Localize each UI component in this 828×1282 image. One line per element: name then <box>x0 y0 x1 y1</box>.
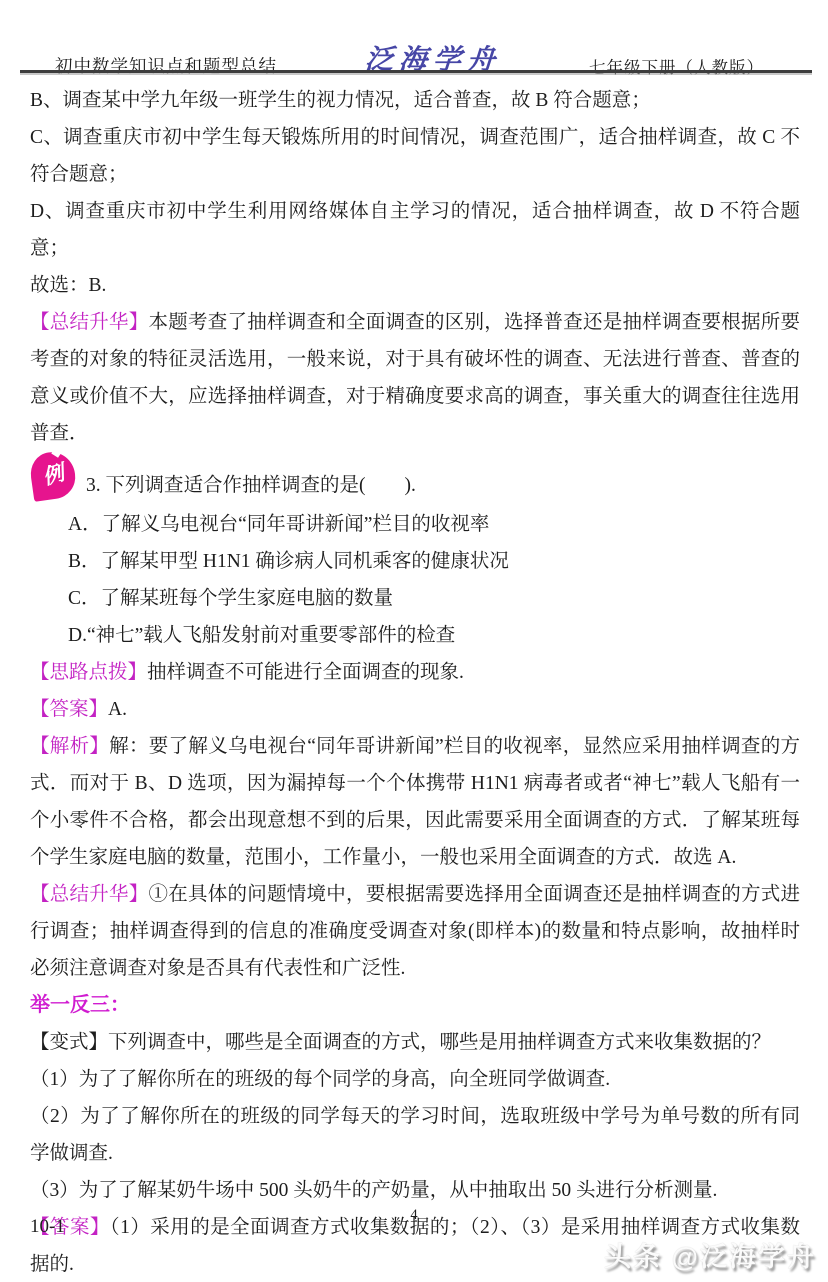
summary-label: 【总结升华】 <box>30 312 149 333</box>
watermark: 头条 @泛海学舟 <box>604 1235 816 1274</box>
example-question-row: 例 3. 下列调查适合作抽样调查的是( ). <box>30 467 800 504</box>
answer-text: A. <box>108 699 127 720</box>
header-left-title: 初中数学知识点和题型总结 <box>55 53 277 78</box>
header-divider <box>20 70 812 73</box>
analysis-text: 解：要了解义乌电视台“同年哥讲新闻”栏目的收视率，显然应采用抽样调查的方式．而对… <box>30 736 800 868</box>
option-c: C．了解某班每个学生家庭电脑的数量 <box>30 580 800 617</box>
option-list: A．了解义乌电视台“同年哥讲新闻”栏目的收视率 B．了解某甲型 H1N1 确诊病… <box>30 506 800 654</box>
variant-text: 下列调查中，哪些是全面调查的方式，哪些是用抽样调查方式来收集数据的？ <box>108 1032 771 1053</box>
paragraph-option-b-explain: B、调查某中学九年级一班学生的视力情况，适合普查，故 B 符合题意； <box>30 82 800 119</box>
example-badge-label: 例 <box>38 455 68 496</box>
variant-item-3: （3）为了了解某奶牛场中 500 头奶牛的产奶量，从中抽取出 50 头进行分析测… <box>30 1172 800 1209</box>
paragraph-hint: 【思路点拨】抽样调查不可能进行全面调查的现象. <box>30 654 800 691</box>
paragraph-summary-2: 【总结升华】①在具体的问题情境中，要根据需要选择用全面调查还是抽样调查的方式进行… <box>30 876 800 987</box>
paragraph-variant: 【变式】下列调查中，哪些是全面调查的方式，哪些是用抽样调查方式来收集数据的？ <box>30 1024 800 1061</box>
hint-text: 抽样调查不可能进行全面调查的现象. <box>147 662 464 683</box>
question-text: 3. 下列调查适合作抽样调查的是( ). <box>86 475 416 496</box>
paragraph-answer-1: 【答案】A. <box>30 691 800 728</box>
analysis-label: 【解析】 <box>30 736 109 757</box>
summary2-label: 【总结升华】 <box>30 884 149 905</box>
variant-item-2: （2）为了了解你所在的班级的同学每天的学习时间，选取班级中学号为单号数的所有同学… <box>30 1098 800 1172</box>
variant-label: 【变式】 <box>30 1032 108 1053</box>
document-page: 初中数学知识点和题型总结 泛海学舟 七年级下册（人教版） B、调查某中学九年级一… <box>0 0 828 1282</box>
answer-label: 【答案】 <box>30 699 108 720</box>
paragraph-option-d-explain: D、调查重庆市初中学生利用网络媒体自主学习的情况，适合抽样调查，故 D 不符合题… <box>30 193 800 267</box>
paragraph-summary-1: 【总结升华】本题考查了抽样调查和全面调查的区别，选择普查还是抽样调查要根据所要考… <box>30 304 800 452</box>
option-b: B．了解某甲型 H1N1 确诊病人同机乘客的健康状况 <box>30 543 800 580</box>
paragraph-chosen-answer: 故选：B. <box>30 267 800 304</box>
variant-item-1: （1）为了了解你所在的班级的每个同学的身高，向全班同学做调查. <box>30 1061 800 1098</box>
page-number: 4 <box>0 1207 828 1224</box>
option-a: A．了解义乌电视台“同年哥讲新闻”栏目的收视率 <box>30 506 800 543</box>
document-body: B、调查某中学九年级一班学生的视力情况，适合普查，故 B 符合题意； C、调查重… <box>30 82 800 1282</box>
paragraph-analysis: 【解析】解：要了解义乌电视台“同年哥讲新闻”栏目的收视率，显然应采用抽样调查的方… <box>30 728 800 876</box>
section-heading: 举一反三： <box>30 987 800 1024</box>
option-d: D.“神七”载人飞船发射前对重要零部件的检查 <box>30 617 800 654</box>
example-badge-icon: 例 <box>28 449 78 502</box>
hint-label: 【思路点拨】 <box>30 662 147 683</box>
header-right-title: 七年级下册（人教版） <box>589 54 764 78</box>
paragraph-option-c-explain: C、调查重庆市初中学生每天锻炼所用的时间情况，调查范围广，适合抽样调查，故 C … <box>30 119 800 193</box>
